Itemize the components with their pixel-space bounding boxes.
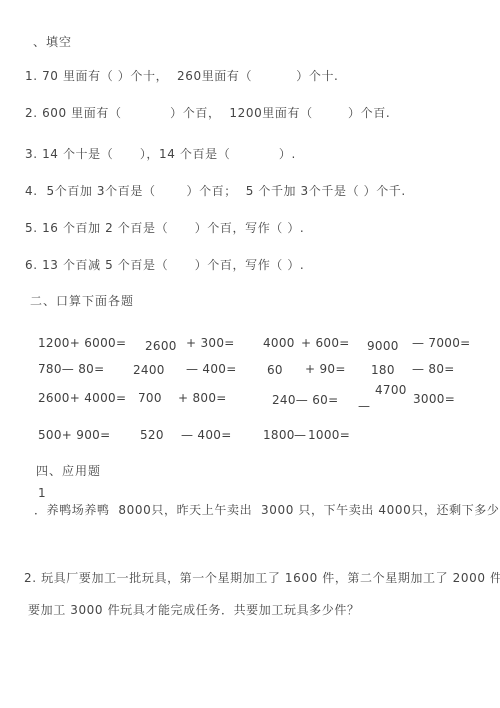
oral-expression: 520 <box>140 428 164 442</box>
oral-minus-sign: — <box>358 399 370 413</box>
oral-expression: 1200+ 6000= <box>38 336 126 350</box>
oral-expression: 2600 <box>145 339 177 353</box>
oral-expression: 4700 <box>375 383 407 397</box>
fill-blank-item: 4. 5个百加 3个百是（ ）个百； 5 个千加 3个千是（ ）个千. <box>25 182 406 199</box>
problem1-text: ．养鸭场养鸭 8000只，昨天上午卖出 3000 只，下午卖出 4000只，还剩… <box>34 501 500 518</box>
oral-expression: 780— 80= <box>38 362 104 376</box>
fill-blank-item: 1. 70 里面有（ ）个十， 260里面有（ ）个十. <box>25 67 338 84</box>
oral-expression: 3000= <box>413 392 455 406</box>
applied-section-heading: 四、应用题 <box>36 462 101 479</box>
worksheet-page: 、填空 1. 70 里面有（ ）个十， 260里面有（ ）个十. 2. 600 … <box>0 0 500 708</box>
oral-expression: + 300= <box>186 336 235 350</box>
oral-expression: — 80= <box>412 362 455 376</box>
oral-expression: — 7000= <box>412 336 471 350</box>
oral-expression: + 90= <box>305 362 346 376</box>
oral-expression: 9000 <box>367 339 399 353</box>
oral-expression: 700 <box>138 391 162 405</box>
oral-expression: 2400 <box>133 363 165 377</box>
oral-expression: 60 <box>267 363 283 377</box>
fill-blank-item: 3. 14 个十是（ ），14 个百是（ ）. <box>25 145 296 162</box>
oral-expression: + 600= <box>301 336 350 350</box>
fill-blank-item: 2. 600 里面有（ ）个百， 1200里面有（ ）个百. <box>25 104 390 121</box>
oral-expression: 1800 <box>263 428 295 442</box>
oral-expression: + 800= <box>178 391 227 405</box>
oral-expression: 240— 60= <box>272 393 338 407</box>
oral-expression: 180 <box>371 363 395 377</box>
oral-expression: — 400= <box>186 362 237 376</box>
oral-expression: 4000 <box>263 336 295 350</box>
problem2-line2: 要加工 3000 件玩具才能完成任务．共要加工玩具多少件？ <box>28 601 360 618</box>
oral-minus-sign: — <box>294 428 306 442</box>
oral-expression: — 400= <box>181 428 232 442</box>
fill-section-heading: 、填空 <box>33 33 72 50</box>
fill-blank-item: 5. 16 个百加 2 个百是（ ）个百，写作（ ）. <box>25 219 304 236</box>
oral-section-heading: 二、口算下面各题 <box>30 292 134 309</box>
oral-expression: 1000= <box>308 428 350 442</box>
oral-expression: 2600+ 4000= <box>38 391 126 405</box>
problem2-line1: 2. 玩具厂要加工一批玩具，第一个星期加工了 1600 件，第二个星期加工了 2… <box>24 569 500 586</box>
problem1-number: 1 <box>38 486 46 500</box>
fill-blank-item: 6. 13 个百减 5 个百是（ ）个百，写作（ ）. <box>25 256 304 273</box>
oral-expression: 500+ 900= <box>38 428 110 442</box>
